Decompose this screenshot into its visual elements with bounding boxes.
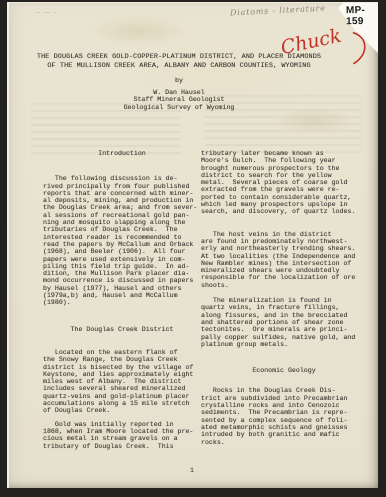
introduction-paragraph: The following discussion is de- rived pr… <box>43 175 201 306</box>
author-block: W. Dan Hausel Staff Mineral Geologist Ge… <box>9 89 349 111</box>
district-location-paragraph: Located on the eastern flank of the Snow… <box>43 349 201 415</box>
scan-surround: { "annotations": { "pencil_marks": "– — … <box>0 0 386 497</box>
author-role: Staff Mineral Geologist <box>9 96 349 103</box>
left-column: Introduction The following discussion is… <box>43 150 201 450</box>
title-line-1: THE DOUGLAS CREEK GOLD-COPPER-PLATINUM D… <box>9 53 349 62</box>
page-number: 1 <box>190 467 194 474</box>
douglas-creek-district-heading: The Douglas Creek District <box>43 326 201 333</box>
moores-gulch-paragraph: tributary later became known as Moore's … <box>201 150 367 216</box>
document-title: THE DOUGLAS CREEK GOLD-COPPER-PLATINUM D… <box>9 53 349 71</box>
byline: by <box>9 77 349 84</box>
economic-geology-paragraph: Rocks in the Douglas Creek Dis- trict ar… <box>201 387 367 445</box>
introduction-heading: Introduction <box>43 150 201 157</box>
gold-discovery-paragraph: Gold was initially reported in 1868, whe… <box>43 421 201 450</box>
signature-flourish <box>348 31 368 63</box>
scanned-page: – — – Diatoms - literature MP-159 Chuck … <box>7 2 378 488</box>
host-veins-paragraph: The host veins in the district are found… <box>201 231 367 289</box>
right-column: tributary later became known as Moore's … <box>201 150 367 446</box>
title-line-2: OF THE MULLISON CREEK AREA, ALBANY AND C… <box>9 62 349 71</box>
pencil-marks: – — – <box>37 9 58 16</box>
mineralization-paragraph: The mineralization is found in quartz ve… <box>201 297 367 348</box>
author-organization: Geological Survey of Wyoming <box>9 104 349 111</box>
economic-geology-heading: Economic Geology <box>201 367 367 374</box>
